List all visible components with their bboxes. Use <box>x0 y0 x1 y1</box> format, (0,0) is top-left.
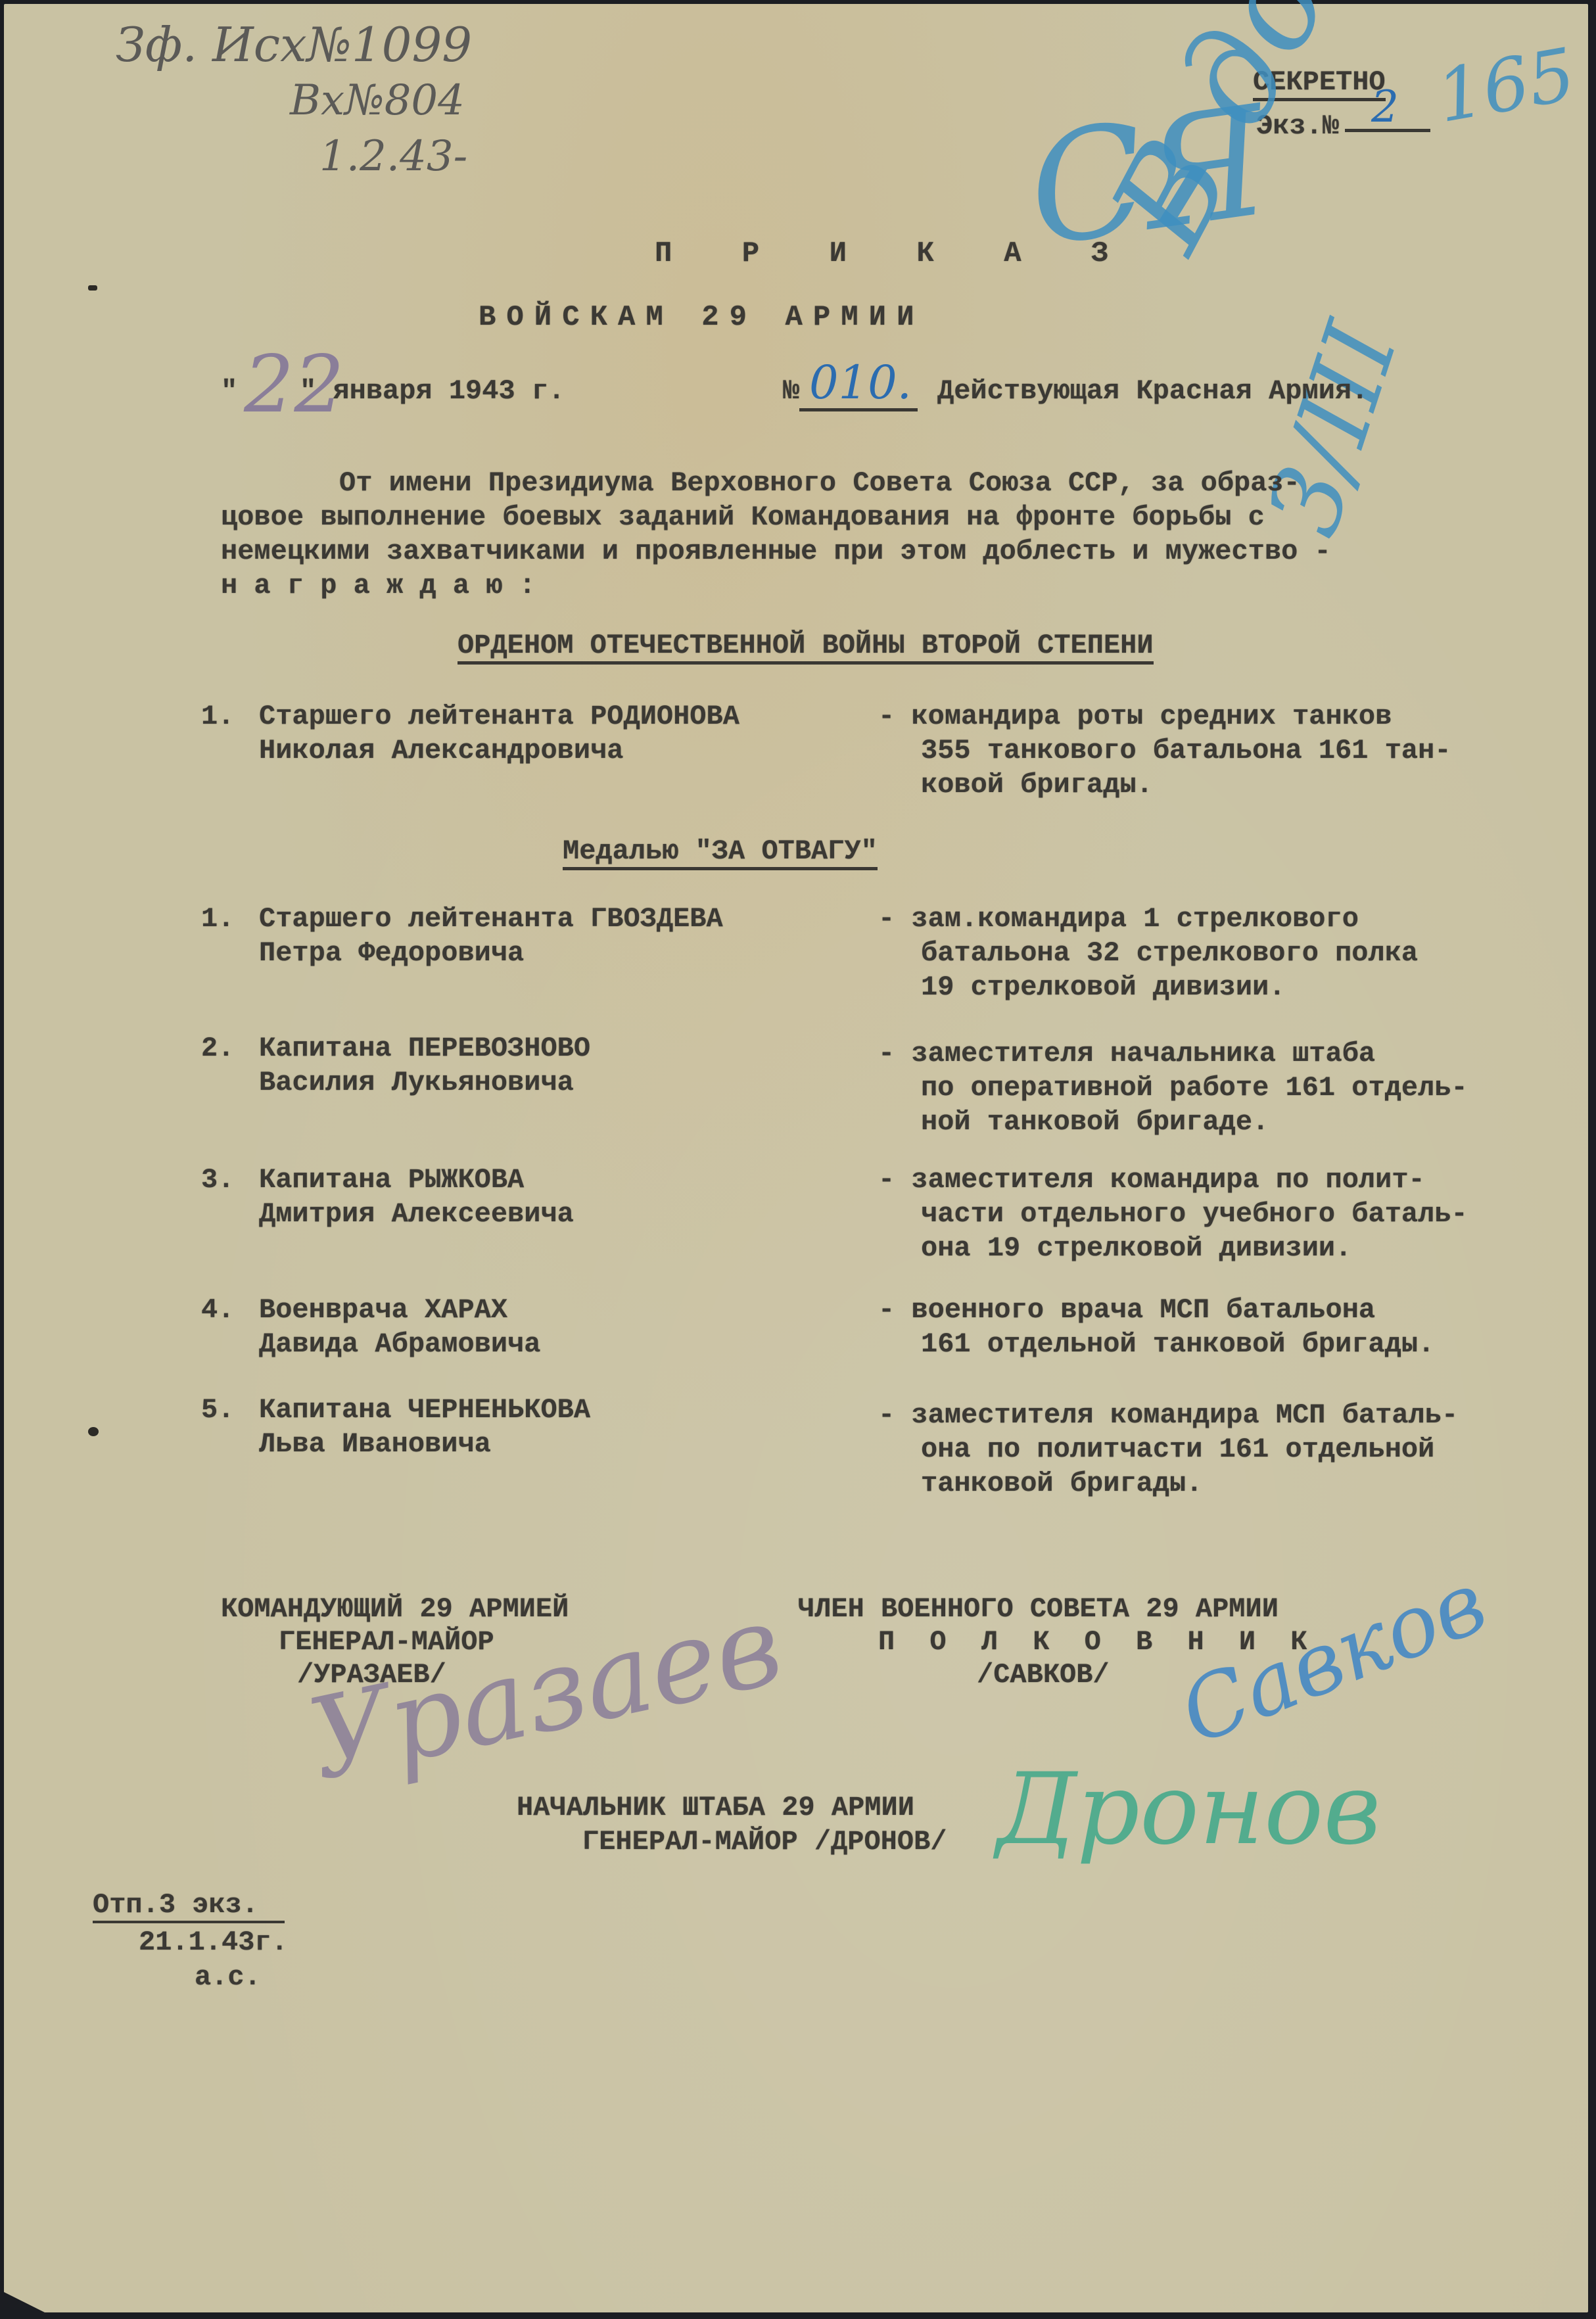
awardee-position-3: 19 стрелковой дивизии. <box>921 972 1286 1003</box>
awardee-position-2: она по политчасти 161 отдельной <box>921 1434 1434 1465</box>
punch-hole-mark <box>88 1427 99 1436</box>
council-member-signature: Савков <box>1167 1552 1499 1764</box>
awardee-position-1: - заместителя командира МСП баталь- <box>878 1399 1458 1431</box>
council-member-name: /САВКОВ/ <box>977 1659 1110 1691</box>
awardee-rank-surname: Военврача ХАРАХ <box>259 1294 507 1326</box>
order-number-line: 010. <box>799 362 918 411</box>
location: Действующая Красная Армия. <box>937 375 1368 407</box>
awardee-rank-surname: Капитана РЫЖКОВА <box>259 1164 524 1196</box>
awardee-rank-surname: Старшего лейтенанта РОДИОНОВА <box>259 701 739 732</box>
section-heading-order: ОРДЕНОМ ОТЕЧЕСТВЕННОЙ ВОЙНЫ ВТОРОЙ СТЕПЕ… <box>458 630 1154 665</box>
council-member-title: ЧЛЕН ВОЕННОГО СОВЕТА 29 АРМИИ <box>798 1593 1279 1625</box>
awardee-rank-surname: Капитана ПЕРЕВОЗНОВО <box>259 1033 590 1064</box>
awardee-position-3: она 19 стрелковой дивизии. <box>921 1232 1351 1264</box>
chief-of-staff-rank-name: ГЕНЕРАЛ-МАЙОР /ДРОНОВ/ <box>582 1826 947 1858</box>
awardee-position-2: батальона 32 стрелкового полка <box>921 937 1418 969</box>
awardee-position-1: - заместителя командира по полит- <box>878 1164 1425 1196</box>
awardee-position-2: 355 танкового батальона 161 тан- <box>921 735 1451 766</box>
awardee-position-3: танковой бригады. <box>921 1468 1202 1499</box>
archive-note-2: Вх№804 <box>290 76 465 125</box>
awardee-given-names: Василия Лукьяновича <box>259 1067 574 1098</box>
copy-number: 2 <box>1371 82 1399 132</box>
order-date-line: " 22 " января 1943 г. № 010. Действующая… <box>221 362 1536 421</box>
archive-note-3: 1.2.43- <box>319 132 467 181</box>
footer-date: 21.1.43г. <box>139 1927 288 1958</box>
awardee-number: 5. <box>201 1394 234 1426</box>
preamble-line-4: н а г р а ж д а ю : <box>221 570 536 601</box>
preamble-line-3: немецкими захватчиками и проявленные при… <box>221 536 1331 567</box>
footer-initials: а.с. <box>195 1961 261 1993</box>
section-heading-medal: Медалью "ЗА ОТВАГУ" <box>563 835 878 870</box>
awardee-rank-surname: Капитана ЧЕРНЕНЬКОВА <box>259 1394 590 1426</box>
footer-copies: Отп.3 экз. <box>93 1889 285 1923</box>
commander-title: КОМАНДУЮЩИЙ 29 АРМИЕЙ <box>221 1593 569 1625</box>
archive-note-1: Зф. Исх№1099 <box>116 17 472 72</box>
awardee-given-names: Давида Абрамовича <box>259 1328 540 1360</box>
awardee-position-2: части отдельного учебного баталь- <box>921 1198 1468 1230</box>
margin-note-section: 3/III <box>1246 310 1420 548</box>
awardee-number: 1. <box>201 701 234 732</box>
awardee-number: 3. <box>201 1164 234 1196</box>
awardee-number: 2. <box>201 1033 234 1064</box>
margin-note-number: 165 <box>1430 32 1581 139</box>
date-month-year: " января 1943 г. <box>300 375 565 407</box>
number-label: № <box>783 375 799 407</box>
awardee-given-names: Петра Федоровича <box>259 937 524 969</box>
date-open-quote: " <box>221 375 237 407</box>
awardee-position-3: ковой бригады. <box>921 769 1153 801</box>
awardee-number: 4. <box>201 1294 234 1326</box>
preamble-line-1: От имени Президиума Верховного Совета Со… <box>339 467 1300 499</box>
order-number: 010. <box>809 356 912 410</box>
awardee-number: 1. <box>201 903 234 935</box>
awardee-position-1: - заместителя начальника штаба <box>878 1038 1375 1069</box>
copy-number-line: 2 <box>1345 96 1430 132</box>
awardee-position-3: ной танковой бригаде. <box>921 1106 1269 1138</box>
awardee-given-names: Льва Ивановича <box>259 1428 491 1460</box>
chief-of-staff-signature: Дронов <box>997 1752 1381 1867</box>
awardee-given-names: Дмитрия Алексеевича <box>259 1198 574 1230</box>
awardee-position-1: - военного врача МСП батальона <box>878 1294 1375 1326</box>
awardee-position-2: 161 отдельной танковой бригады. <box>921 1328 1434 1360</box>
order-subtitle: ВОЙСКАМ 29 АРМИИ <box>479 301 924 334</box>
awardee-rank-surname: Старшего лейтенанта ГВОЗДЕВА <box>259 903 723 935</box>
awardee-position-1: - командира роты средних танков <box>878 701 1392 732</box>
awardee-position-2: по оперативной работе 161 отдель- <box>921 1072 1468 1104</box>
punch-hole-mark <box>88 285 97 291</box>
awardee-position-1: - зам.командира 1 стрелкового <box>878 903 1359 935</box>
document-page: Зф. Исх№1099 Вх№804 1.2.43- СЕКРЕТНО Экз… <box>4 4 1588 2312</box>
chief-of-staff-title: НАЧАЛЬНИК ШТАБА 29 АРМИИ <box>517 1792 914 1823</box>
awardee-given-names: Николая Александровича <box>259 735 624 766</box>
preamble-line-2: цовое выполнение боевых заданий Командов… <box>221 502 1265 533</box>
order-title: П Р И К А З <box>655 237 1135 270</box>
